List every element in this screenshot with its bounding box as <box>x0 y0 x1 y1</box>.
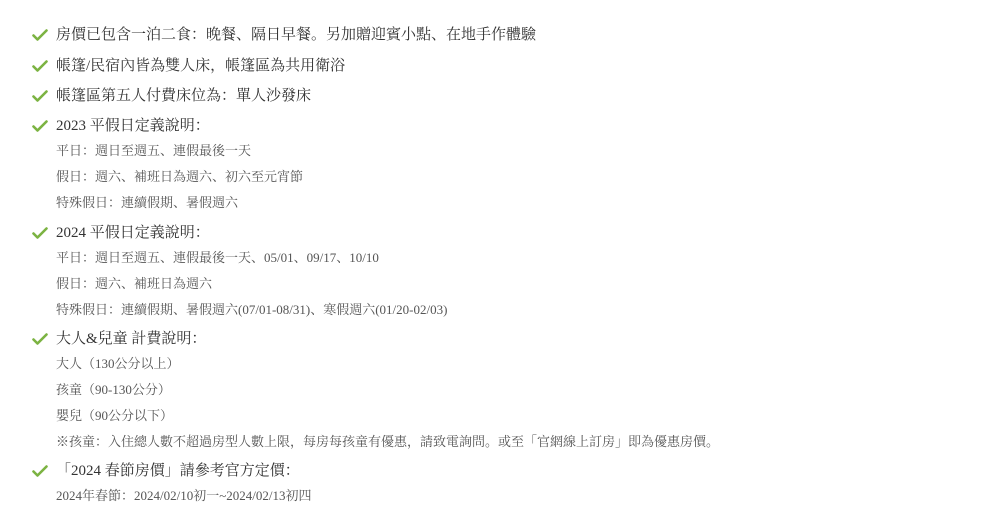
check-icon <box>32 332 48 346</box>
sub-item-weekday: 平日：週日至週五、連假最後一天、05/01、09/17、10/10 <box>56 249 379 267</box>
note-title: 帳篷/民宿內皆為雙人床，帳篷區為共用衛浴 <box>56 55 345 77</box>
check-icon <box>32 28 48 42</box>
sub-item-adult: 大人（130公分以上） <box>56 355 180 373</box>
sub-item-holiday: 假日：週六、補班日為週六、初六至元宵節 <box>56 168 303 186</box>
note-item-pricing: 大人&兒童 計費說明： 大人（130公分以上） 孩童（90-130公分） 嬰兒（… <box>32 328 206 350</box>
note-item-2024-definition: 2024 平假日定義說明： 平日：週日至週五、連假最後一天、05/01、09/1… <box>32 222 210 244</box>
note-title: 大人&兒童 計費說明： <box>56 328 206 350</box>
note-title: 帳篷區第五人付費床位為：單人沙發床 <box>56 85 311 107</box>
note-title: 「2024 春節房價」請參考官方定價： <box>56 460 300 482</box>
sub-item-new-year-dates: 2024年春節：2024/02/10初一~2024/02/13初四 <box>56 487 311 505</box>
sub-item-special-holiday: 特殊假日：連續假期、暑假週六(07/01-08/31)、寒假週六(01/20-0… <box>56 301 447 319</box>
note-item-2023-definition: 2023 平假日定義說明： 平日：週日至週五、連假最後一天 假日：週六、補班日為… <box>32 115 210 137</box>
check-icon <box>32 226 48 240</box>
sub-item-weekday: 平日：週日至週五、連假最後一天 <box>56 142 251 160</box>
check-icon <box>32 59 48 73</box>
check-icon <box>32 89 48 103</box>
note-item-new-year-pricing: 「2024 春節房價」請參考官方定價： 2024年春節：2024/02/10初一… <box>32 460 300 482</box>
note-item-beds: 帳篷/民宿內皆為雙人床，帳篷區為共用衛浴 <box>32 55 345 77</box>
sub-item-holiday: 假日：週六、補班日為週六 <box>56 275 212 293</box>
sub-item-child-note: ※孩童：入住總人數不超過房型人數上限，每房每孩童有優惠，請致電詢問。或至「官網線… <box>56 433 719 451</box>
note-item-meals: 房價已包含一泊二食：晚餐、隔日早餐。另加贈迎賓小點、在地手作體驗 <box>32 24 536 46</box>
sub-item-infant: 嬰兒（90公分以下） <box>56 407 173 425</box>
check-icon <box>32 119 48 133</box>
sub-item-special-holiday: 特殊假日：連續假期、暑假週六 <box>56 194 238 212</box>
note-title: 房價已包含一泊二食：晚餐、隔日早餐。另加贈迎賓小點、在地手作體驗 <box>56 24 536 46</box>
note-title: 2024 平假日定義說明： <box>56 222 210 244</box>
sub-item-child: 孩童（90-130公分） <box>56 381 171 399</box>
note-item-fifth-person: 帳篷區第五人付費床位為：單人沙發床 <box>32 85 311 107</box>
check-icon <box>32 464 48 478</box>
note-title: 2023 平假日定義說明： <box>56 115 210 137</box>
